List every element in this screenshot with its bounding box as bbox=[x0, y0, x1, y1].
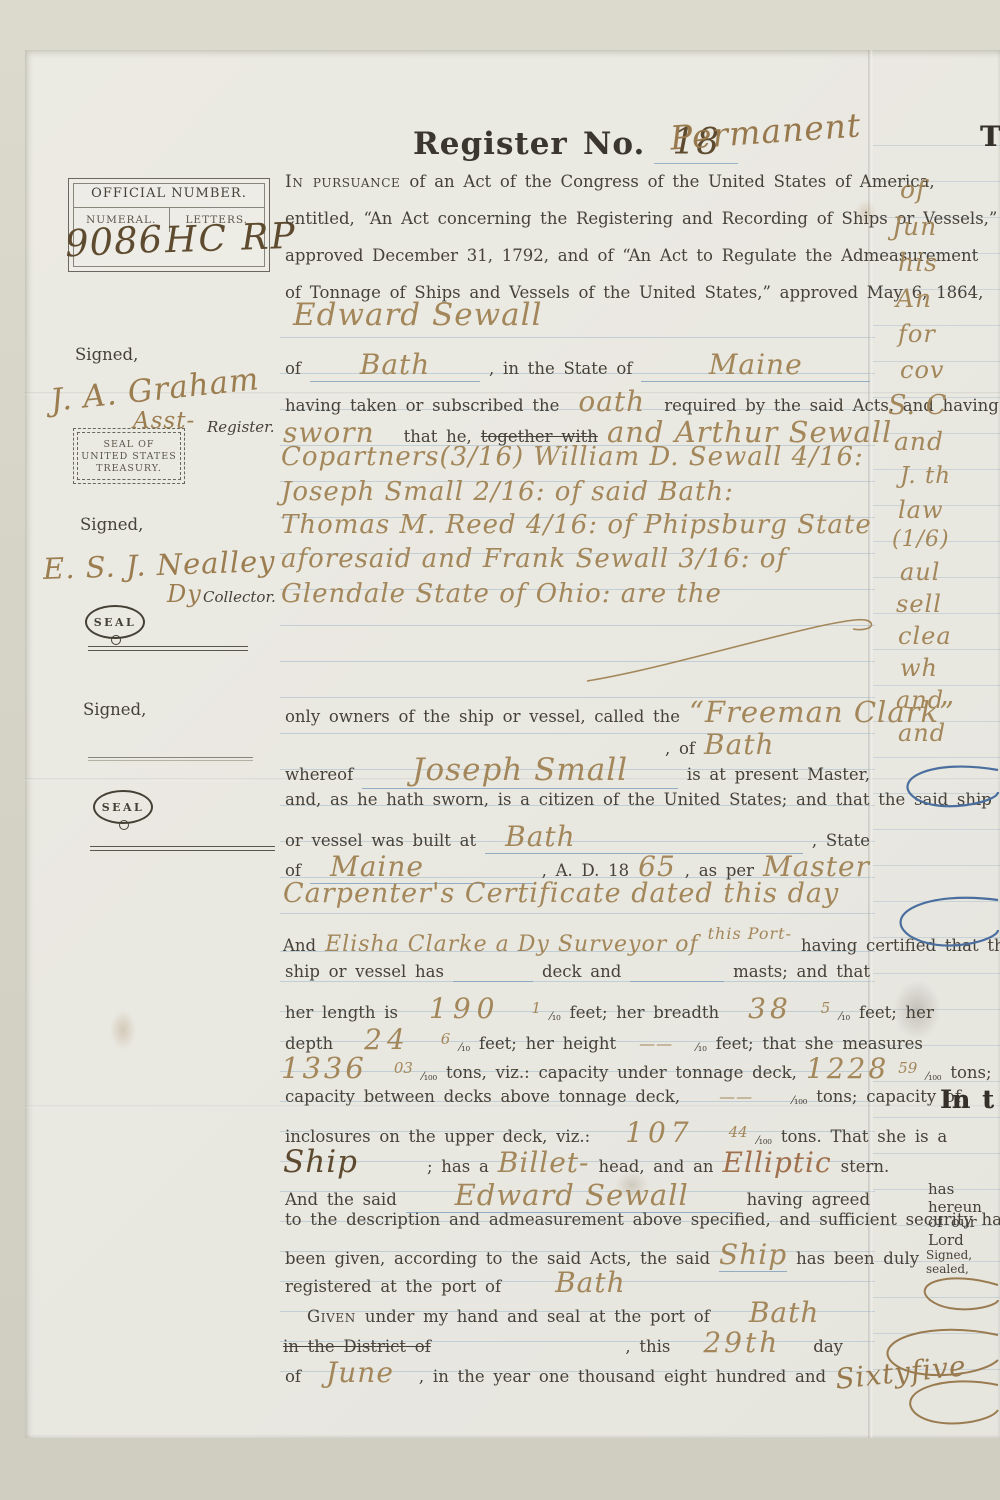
length-label: her length is bbox=[285, 1003, 398, 1022]
right-fragment: An bbox=[896, 284, 932, 313]
official-number-title: OFFICIAL NUMBER. bbox=[69, 186, 269, 201]
master-line: whereof Joseph Small is at present Maste… bbox=[285, 752, 870, 789]
right-fragment: J. th bbox=[900, 463, 951, 489]
printed-frac-10: ⁄₁₀ bbox=[839, 1010, 850, 1023]
right-fragment: law bbox=[898, 496, 944, 524]
signature-register-prefix: Asst- bbox=[133, 408, 195, 434]
right-fragment: of bbox=[900, 175, 926, 204]
right-fragment: sell bbox=[896, 590, 942, 618]
decks-pre: ship or vessel has bbox=[285, 962, 444, 981]
owner-residence-line: of Bath , in the State of Maine bbox=[285, 348, 870, 382]
signed-label-3: Signed, bbox=[83, 700, 146, 719]
agreed-name-handwritten: Edward Sewall bbox=[406, 1178, 738, 1213]
signed-label-1: Signed, bbox=[75, 345, 138, 364]
partners-line-1: Copartners(3/16) William D. Sewall 4/16: bbox=[281, 442, 864, 472]
given-under-label: under my hand and seal at the port of bbox=[365, 1307, 710, 1326]
struck-district: in the District of bbox=[283, 1337, 431, 1356]
and-said-label: And the said bbox=[285, 1190, 397, 1209]
master-name-handwritten: Joseph Small bbox=[362, 752, 678, 789]
in-testimony-fragment: In t bbox=[940, 1085, 994, 1114]
seal-stamp-1: SEAL bbox=[85, 605, 145, 639]
of-our-lord-fragment: of our Lord bbox=[928, 1213, 1000, 1249]
tons-total-frac: 03 bbox=[376, 1059, 413, 1077]
tons-total-handwritten: 1336 bbox=[281, 1051, 367, 1085]
having-agreed-label: having agreed bbox=[747, 1190, 870, 1209]
surveyor-handwritten: Elisha Clarke a Dy Surveyor of bbox=[325, 932, 699, 957]
built-pre: or vessel was built at bbox=[285, 831, 476, 850]
stern-type-handwritten: Elliptic bbox=[723, 1146, 832, 1179]
printed-frac-100: ⁄₁₀₀ bbox=[422, 1070, 437, 1083]
inclosures-frac: 44 bbox=[729, 1123, 748, 1141]
month-value-handwritten: June bbox=[310, 1356, 410, 1389]
length-breadth-line: her length is 190 1⁄₁₀ feet; her breadth… bbox=[285, 992, 934, 1025]
ship-type-line: Ship ; has a Billet- head, and an Ellipt… bbox=[283, 1144, 889, 1180]
right-fragment: and bbox=[896, 686, 944, 714]
right-fragment: Jun bbox=[892, 212, 937, 241]
registered-line: registered at the port of Bath bbox=[285, 1266, 626, 1299]
right-page-strip: T of Jun his An for cov S. C and J. th l… bbox=[870, 50, 1000, 1438]
of-label-4: of bbox=[285, 1367, 301, 1386]
vessel-name-line: only owners of the ship or vessel, calle… bbox=[285, 695, 955, 729]
said-ship-handwritten: Ship bbox=[719, 1238, 787, 1272]
treasury-seal-text: UNITED STATES bbox=[78, 451, 180, 462]
owner-city-handwritten: Bath bbox=[310, 348, 480, 382]
right-fragment: for bbox=[898, 320, 936, 348]
seal-stamp-2: SEAL bbox=[93, 790, 153, 824]
tons-viz: tons, viz.: capacity under tonnage deck, bbox=[446, 1063, 797, 1082]
district-day-line: in the District of , this 29th day bbox=[283, 1326, 843, 1359]
collector-title-printed: Collector. bbox=[203, 588, 276, 606]
left-rule-1 bbox=[88, 646, 248, 651]
this-label: , this bbox=[625, 1337, 670, 1356]
given-lead: Given bbox=[307, 1307, 356, 1326]
register-type-handwritten: Permanent bbox=[669, 105, 863, 157]
left-rule-2 bbox=[88, 757, 253, 761]
official-letters-value: HC RP bbox=[164, 216, 297, 262]
day-label: day bbox=[813, 1337, 843, 1356]
right-fragment: cov bbox=[900, 356, 944, 384]
state-label: , in the State of bbox=[489, 359, 632, 378]
given-port-handwritten: Bath bbox=[719, 1296, 820, 1329]
between-decks-line: capacity between decks above tonnage dec… bbox=[285, 1087, 961, 1106]
intro-lead: In pursuance bbox=[285, 172, 400, 192]
intro-line-1: In pursuance of an Act of the Congress o… bbox=[285, 172, 935, 192]
right-fragment: S. C bbox=[888, 390, 947, 421]
built-state-label: , State bbox=[812, 831, 870, 850]
length-value-handwritten: 190 bbox=[407, 992, 522, 1025]
breadth-value-handwritten: 38 bbox=[728, 992, 812, 1025]
master-cert-line-2: Carpenter's Certificate dated this day bbox=[283, 878, 839, 909]
given-line: Given under my hand and seal at the port… bbox=[307, 1296, 819, 1329]
partners-line-3: Thomas M. Reed 4/16: of Phipsburg State bbox=[281, 510, 872, 540]
paper-stain bbox=[110, 1010, 136, 1050]
right-fragment: (1/6) bbox=[892, 527, 950, 552]
depth-frac-num: 6 bbox=[441, 1030, 451, 1048]
breadth-frac-num: 5 bbox=[821, 999, 831, 1017]
registered-at-label: registered at the port of bbox=[285, 1277, 501, 1296]
owner-name-handwritten: Edward Sewall bbox=[293, 297, 542, 333]
printed-frac-100: ⁄₁₀₀ bbox=[792, 1094, 807, 1107]
left-rule-3 bbox=[90, 846, 275, 851]
between-dash-handwritten: —— bbox=[689, 1087, 783, 1106]
right-fragment: aul bbox=[900, 558, 940, 586]
day-value-handwritten: 29th bbox=[679, 1326, 804, 1359]
year-line-label: , in the year one thousand eight hundred… bbox=[419, 1367, 826, 1386]
printed-frac-10: ⁄₁₀ bbox=[550, 1010, 561, 1023]
feet-breadth: feet; her breadth bbox=[570, 1003, 719, 1022]
decks-post: masts; and that bbox=[733, 962, 870, 981]
agreed-line: And the said Edward Sewall having agreed bbox=[285, 1178, 870, 1213]
signed-label-2: Signed, bbox=[80, 515, 143, 534]
oath-word-handwritten: oath bbox=[568, 385, 655, 418]
signature-collector-prefix: Dy bbox=[167, 580, 202, 608]
has-a-label: ; has a bbox=[427, 1157, 489, 1176]
whereof-label: whereof bbox=[285, 765, 353, 784]
right-fragment: clea bbox=[898, 622, 952, 650]
oath-pre: having taken or subscribed the bbox=[285, 396, 559, 415]
framed-document-photo: { "header": { "register_label": "Registe… bbox=[0, 0, 1000, 1500]
owners-pre: only owners of the ship or vessel, calle… bbox=[285, 707, 680, 726]
owner-state-handwritten: Maine bbox=[641, 348, 870, 382]
and-label: And bbox=[283, 936, 316, 955]
right-page-top-letter: T bbox=[980, 120, 1000, 153]
signature-collector: E. S. J. Nealley bbox=[42, 544, 276, 586]
intro-text: of an Act of the Congress of the United … bbox=[409, 172, 934, 191]
decks-blank-2 bbox=[630, 962, 724, 982]
surveyor-insert-handwritten: this Port- bbox=[708, 924, 792, 943]
month-year-line: of June , in the year one thousand eight… bbox=[285, 1356, 967, 1389]
seal-stamp-text: SEAL bbox=[102, 801, 145, 814]
built-city-handwritten: Bath bbox=[485, 820, 803, 854]
right-fragment: his bbox=[898, 248, 938, 277]
decks-mid: deck and bbox=[542, 962, 621, 981]
blank-line-flourish bbox=[585, 615, 875, 685]
register-label: Register No. bbox=[413, 126, 645, 162]
partners-line-2: Joseph Small 2/16: of said Bath: bbox=[281, 477, 734, 507]
decks-blank-1 bbox=[453, 962, 533, 982]
length-frac-num: 1 bbox=[531, 999, 541, 1017]
treasury-seal-stamp: SEAL OF UNITED STATES TREASURY. bbox=[77, 432, 181, 480]
head-type-handwritten: Billet- bbox=[498, 1146, 590, 1179]
right-fragment: wh bbox=[900, 654, 938, 682]
official-numeral-value: 9086 bbox=[64, 217, 164, 265]
register-title-printed: Register. bbox=[207, 418, 274, 436]
built-line: or vessel was built at Bath , State bbox=[285, 820, 870, 854]
treasury-seal-text: SEAL OF bbox=[78, 439, 180, 450]
vessel-type-handwritten: Ship bbox=[283, 1144, 418, 1180]
treasury-seal-text: TREASURY. bbox=[78, 463, 180, 474]
of-label: of bbox=[285, 359, 301, 378]
has-hereunto-fragment: has hereun bbox=[928, 1180, 1000, 1216]
partners-line-4: aforesaid and Frank Sewall 3/16: of bbox=[281, 544, 787, 574]
right-fragment: and bbox=[894, 427, 944, 456]
master-post: is at present Master, bbox=[687, 765, 870, 784]
partners-line-5: Glendale State of Ohio: are the bbox=[281, 579, 722, 609]
head-and-label: head, and an bbox=[599, 1157, 714, 1176]
decks-masts-line: ship or vessel has deck and masts; and t… bbox=[285, 962, 870, 982]
registered-port-handwritten: Bath bbox=[510, 1266, 626, 1299]
between-decks: capacity between decks above tonnage dec… bbox=[285, 1087, 680, 1106]
seal-stamp-text: SEAL bbox=[94, 616, 137, 629]
blue-ink-signature-loops bbox=[870, 740, 1000, 1040]
document-sheet: Register No. 18 Permanent OFFICIAL NUMBE… bbox=[25, 50, 1000, 1438]
brown-flourish-signatures bbox=[870, 1265, 1000, 1435]
